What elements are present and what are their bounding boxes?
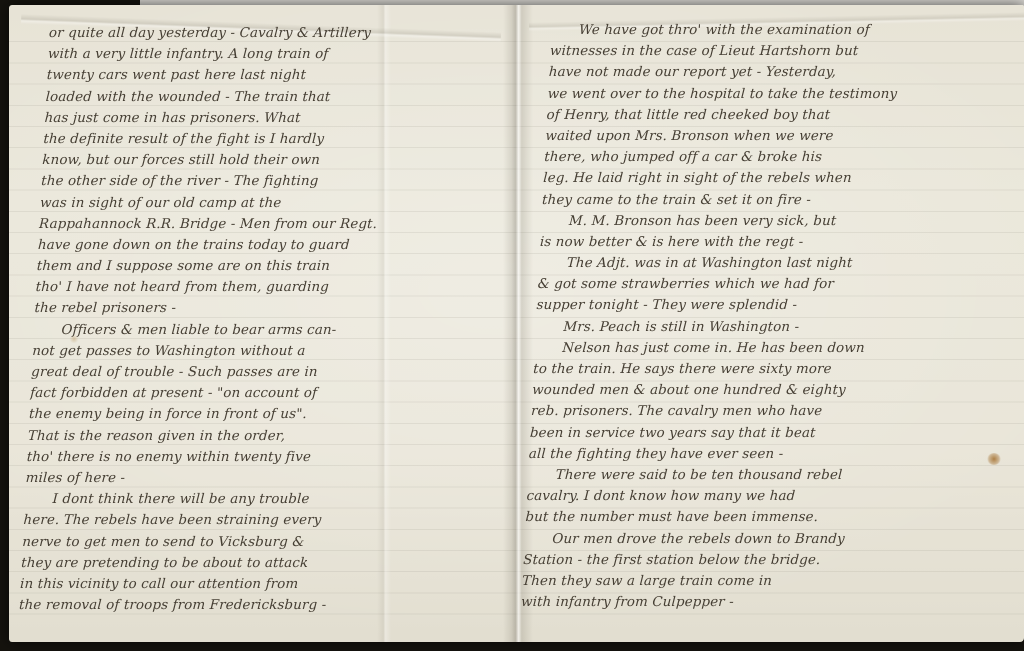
handwritten-line: but the number must have been immense. bbox=[525, 507, 1014, 528]
scanned-letter-photo: { "document": { "kind": "handwritten let… bbox=[0, 0, 1024, 651]
handwritten-line: the removal of troops from Fredericksbur… bbox=[18, 595, 479, 616]
handwritten-line: Rappahannock R.R. Bridge - Men from our … bbox=[38, 214, 499, 235]
handwritten-line: Station - the first station below the br… bbox=[523, 550, 1012, 571]
handwritten-line: There were said to be ten thousand rebel bbox=[527, 465, 1016, 486]
handwritten-line: we went over to the hospital to take the… bbox=[547, 84, 1024, 105]
handwritten-line: with a very little infantry. A long trai… bbox=[47, 44, 508, 65]
handwritten-line: Mrs. Peach is still in Washington - bbox=[535, 317, 1024, 338]
handwritten-line: the rebel prisoners - bbox=[34, 298, 495, 319]
handwritten-line: loaded with the wounded - The train that bbox=[45, 87, 506, 108]
handwritten-line: tho' there is no enemy within twenty fiv… bbox=[26, 447, 487, 468]
handwritten-line: waited upon Mrs. Bronson when we were bbox=[545, 126, 1024, 147]
handwritten-line: Our men drove the rebels down to Brandy bbox=[524, 529, 1013, 550]
handwritten-line: has just come in has prisoners. What bbox=[44, 108, 505, 129]
handwritten-line: twenty cars went past here last night bbox=[46, 65, 507, 86]
right-page-handwriting: We have got thro' with the examination o… bbox=[520, 20, 1024, 613]
handwritten-line: have gone down on the trains today to gu… bbox=[37, 235, 498, 256]
handwritten-line: or quite all day yesterday - Cavalry & A… bbox=[48, 23, 509, 44]
handwritten-line: miles of here - bbox=[25, 468, 486, 489]
handwritten-line: not get passes to Washington without a bbox=[32, 341, 493, 362]
handwritten-line: leg. He laid right in sight of the rebel… bbox=[543, 168, 1024, 189]
handwritten-line: cavalry. I dont know how many we had bbox=[526, 486, 1015, 507]
handwritten-line: was in sight of our old camp at the bbox=[40, 193, 501, 214]
handwritten-line: all the fighting they have ever seen - bbox=[528, 444, 1017, 465]
handwritten-line: Nelson has just come in. He has been dow… bbox=[534, 338, 1023, 359]
handwritten-line: reb. prisoners. The cavalry men who have bbox=[530, 401, 1019, 422]
handwritten-line: That is the reason given in the order, bbox=[27, 426, 488, 447]
handwritten-line: witnesses in the case of Lieut Hartshorn… bbox=[549, 41, 1024, 62]
handwritten-line: is now better & is here with the regt - bbox=[539, 232, 1024, 253]
handwritten-line: in this vicinity to call our attention f… bbox=[20, 574, 481, 595]
handwritten-line: nerve to get men to send to Vicksburg & bbox=[22, 532, 483, 553]
handwritten-line: there, who jumped off a car & broke his bbox=[544, 147, 1024, 168]
handwritten-line: fact forbidden at present - "on account … bbox=[30, 383, 491, 404]
handwritten-line: Officers & men liable to bear arms can- bbox=[33, 320, 494, 341]
handwritten-line: with infantry from Culpepper - bbox=[520, 592, 1009, 613]
handwritten-line: the definite result of the fight is I ha… bbox=[43, 129, 504, 150]
handwritten-line: I dont think there will be any trouble bbox=[24, 489, 485, 510]
handwritten-line: been in service two years say that it be… bbox=[529, 423, 1018, 444]
handwritten-line: they are pretending to be about to attac… bbox=[21, 553, 482, 574]
handwritten-line: Then they saw a large train come in bbox=[522, 571, 1011, 592]
handwritten-line: great deal of trouble - Such passes are … bbox=[31, 362, 492, 383]
handwritten-line: & got some strawberries which we had for bbox=[537, 274, 1024, 295]
handwritten-line: here. The rebels have been straining eve… bbox=[23, 510, 484, 531]
handwritten-line: to the train. He says there were sixty m… bbox=[533, 359, 1022, 380]
handwritten-line: they came to the train & set it on fire … bbox=[542, 190, 1024, 211]
handwritten-line: We have got thro' with the examination o… bbox=[550, 20, 1024, 41]
handwritten-line: wounded men & about one hundred & eighty bbox=[532, 380, 1021, 401]
handwritten-line: have not made our report yet - Yesterday… bbox=[548, 62, 1024, 83]
handwritten-line: tho' I have not heard from them, guardin… bbox=[35, 277, 496, 298]
left-page-handwriting: or quite all day yesterday - Cavalry & A… bbox=[18, 23, 509, 616]
handwritten-line: know, but our forces still hold their ow… bbox=[42, 150, 503, 171]
handwritten-line: of Henry, that little red cheeked boy th… bbox=[546, 105, 1024, 126]
handwritten-line: supper tonight - They were splendid - bbox=[536, 295, 1024, 316]
handwritten-line: the other side of the river - The fighti… bbox=[41, 171, 502, 192]
handwritten-line: The Adjt. was in at Washington last nigh… bbox=[538, 253, 1024, 274]
handwritten-line: the enemy being in force in front of us"… bbox=[28, 404, 489, 425]
handwritten-line: M. M. Bronson has been very sick, but bbox=[540, 211, 1024, 232]
handwritten-line: them and I suppose some are on this trai… bbox=[36, 256, 497, 277]
